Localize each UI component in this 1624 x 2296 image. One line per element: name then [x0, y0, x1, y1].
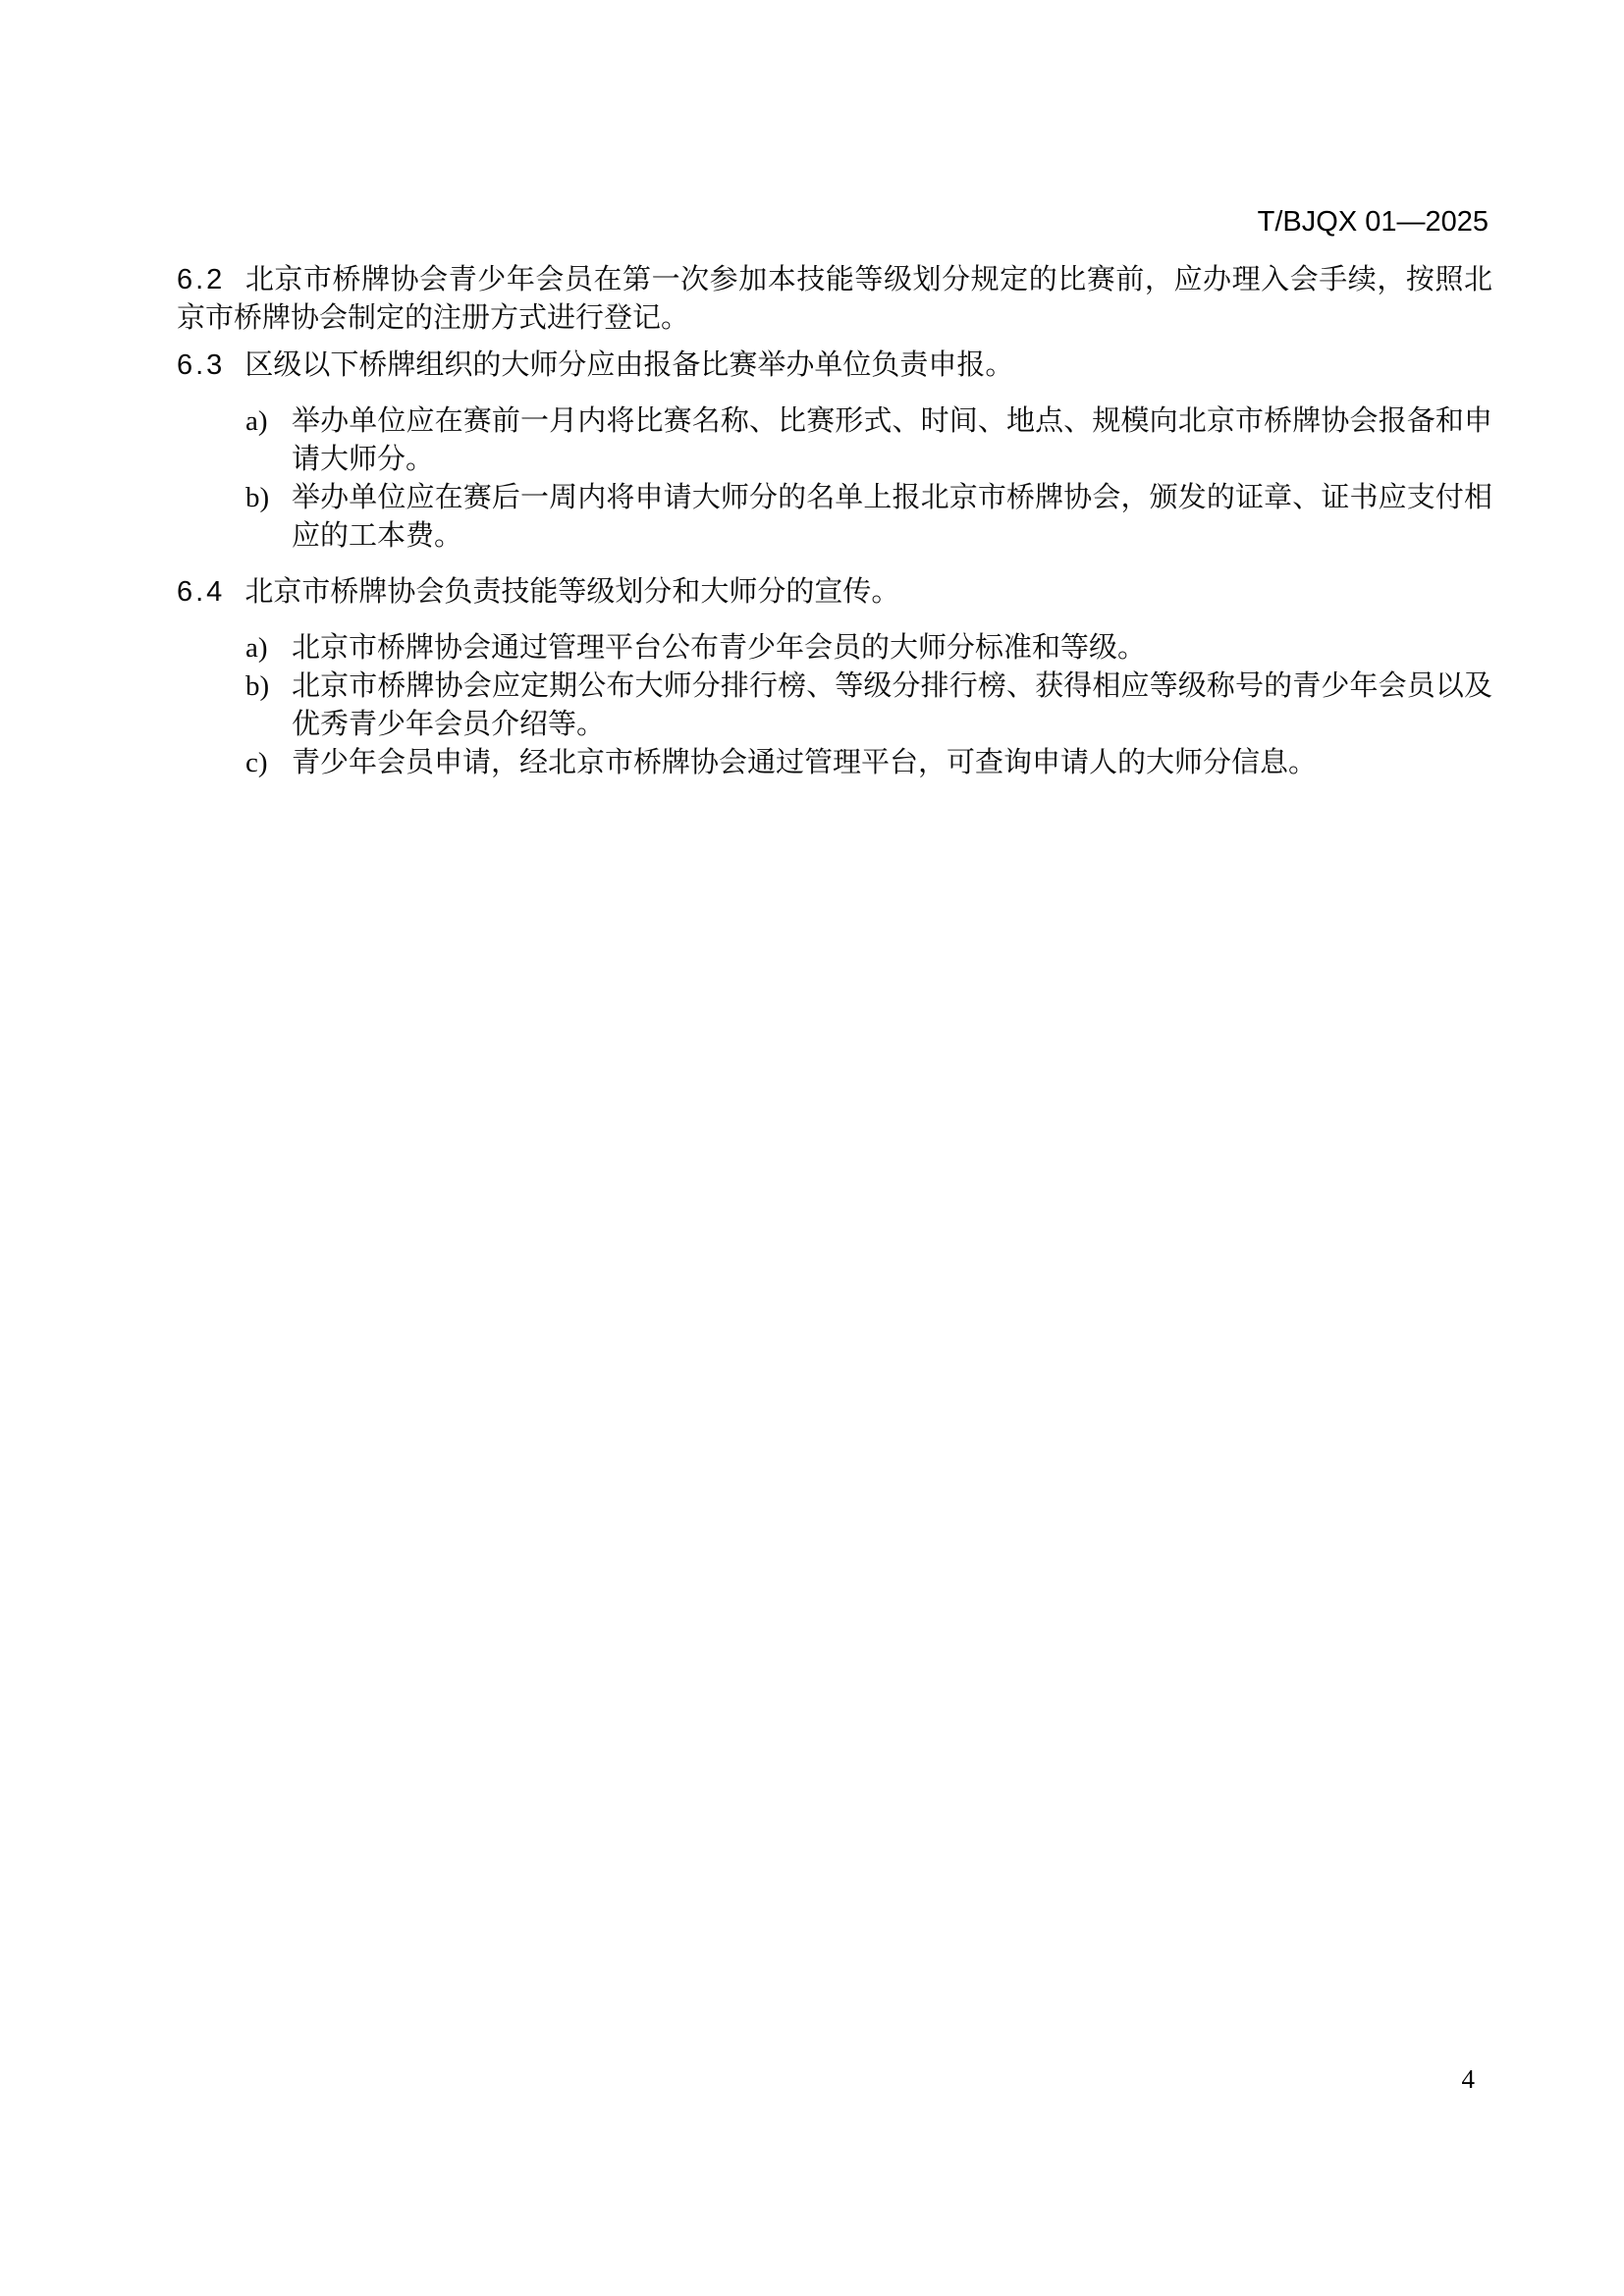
- list-item: a) 北京市桥牌协会通过管理平台公布青少年会员的大师分标准和等级。: [245, 629, 1492, 667]
- document-body: 6.2北京市桥牌协会青少年会员在第一次参加本技能等级划分规定的比赛前，应办理入会…: [177, 261, 1492, 782]
- list-item-label: c): [245, 744, 292, 782]
- page-number: 4: [1462, 2064, 1476, 2094]
- document-page: T/BJQX 01—2025 6.2北京市桥牌协会青少年会员在第一次参加本技能等…: [0, 0, 1624, 2296]
- clause-6-4-item-list: a) 北京市桥牌协会通过管理平台公布青少年会员的大师分标准和等级。 b) 北京市…: [177, 629, 1492, 782]
- list-item-text: 北京市桥牌协会通过管理平台公布青少年会员的大师分标准和等级。: [292, 629, 1492, 667]
- clause-text: 区级以下桥牌组织的大师分应由报备比赛举办单位负责申报。: [244, 349, 1013, 381]
- clause-text: 北京市桥牌协会负责技能等级划分和大师分的宣传。: [244, 576, 899, 608]
- document-header: T/BJQX 01—2025: [177, 206, 1489, 239]
- clause-paragraph: 6.4北京市桥牌协会负责技能等级划分和大师分的宣传。: [177, 573, 1492, 612]
- clause-text: 北京市桥牌协会青少年会员在第一次参加本技能等级划分规定的比赛前，应办理入会手续，…: [177, 264, 1492, 334]
- clause-number: 6.4: [177, 576, 225, 608]
- clause-number: 6.3: [177, 349, 225, 381]
- clause-number: 6.2: [177, 264, 225, 295]
- list-item: b) 举办单位应在赛后一周内将申请大师分的名单上报北京市桥牌协会，颁发的证章、证…: [245, 479, 1492, 556]
- clause-6-3-item-list: a) 举办单位应在赛前一月内将比赛名称、比赛形式、时间、地点、规模向北京市桥牌协…: [177, 402, 1492, 556]
- standard-number: T/BJQX 01—2025: [1258, 206, 1489, 238]
- list-item-text: 举办单位应在赛后一周内将申请大师分的名单上报北京市桥牌协会，颁发的证章、证书应支…: [292, 479, 1492, 556]
- list-item-label: a): [245, 629, 292, 667]
- list-item-text: 北京市桥牌协会应定期公布大师分排行榜、等级分排行榜、获得相应等级称号的青少年会员…: [292, 667, 1492, 744]
- list-item-label: b): [245, 479, 292, 517]
- page-footer: 4: [1462, 2064, 1476, 2095]
- list-item-label: b): [245, 667, 292, 706]
- list-item-label: a): [245, 402, 292, 441]
- list-item-text: 青少年会员申请，经北京市桥牌协会通过管理平台，可查询申请人的大师分信息。: [292, 744, 1492, 782]
- clause-paragraph: 6.3区级以下桥牌组织的大师分应由报备比赛举办单位负责申报。: [177, 347, 1492, 385]
- clause-6-2: 6.2北京市桥牌协会青少年会员在第一次参加本技能等级划分规定的比赛前，应办理入会…: [177, 261, 1492, 338]
- clause-6-4: 6.4北京市桥牌协会负责技能等级划分和大师分的宣传。 a) 北京市桥牌协会通过管…: [177, 573, 1492, 782]
- list-item: a) 举办单位应在赛前一月内将比赛名称、比赛形式、时间、地点、规模向北京市桥牌协…: [245, 402, 1492, 479]
- list-item-text: 举办单位应在赛前一月内将比赛名称、比赛形式、时间、地点、规模向北京市桥牌协会报备…: [292, 402, 1492, 479]
- clause-6-3: 6.3区级以下桥牌组织的大师分应由报备比赛举办单位负责申报。 a) 举办单位应在…: [177, 347, 1492, 556]
- list-item: b) 北京市桥牌协会应定期公布大师分排行榜、等级分排行榜、获得相应等级称号的青少…: [245, 667, 1492, 744]
- list-item: c) 青少年会员申请，经北京市桥牌协会通过管理平台，可查询申请人的大师分信息。: [245, 744, 1492, 782]
- clause-paragraph: 6.2北京市桥牌协会青少年会员在第一次参加本技能等级划分规定的比赛前，应办理入会…: [177, 261, 1492, 338]
